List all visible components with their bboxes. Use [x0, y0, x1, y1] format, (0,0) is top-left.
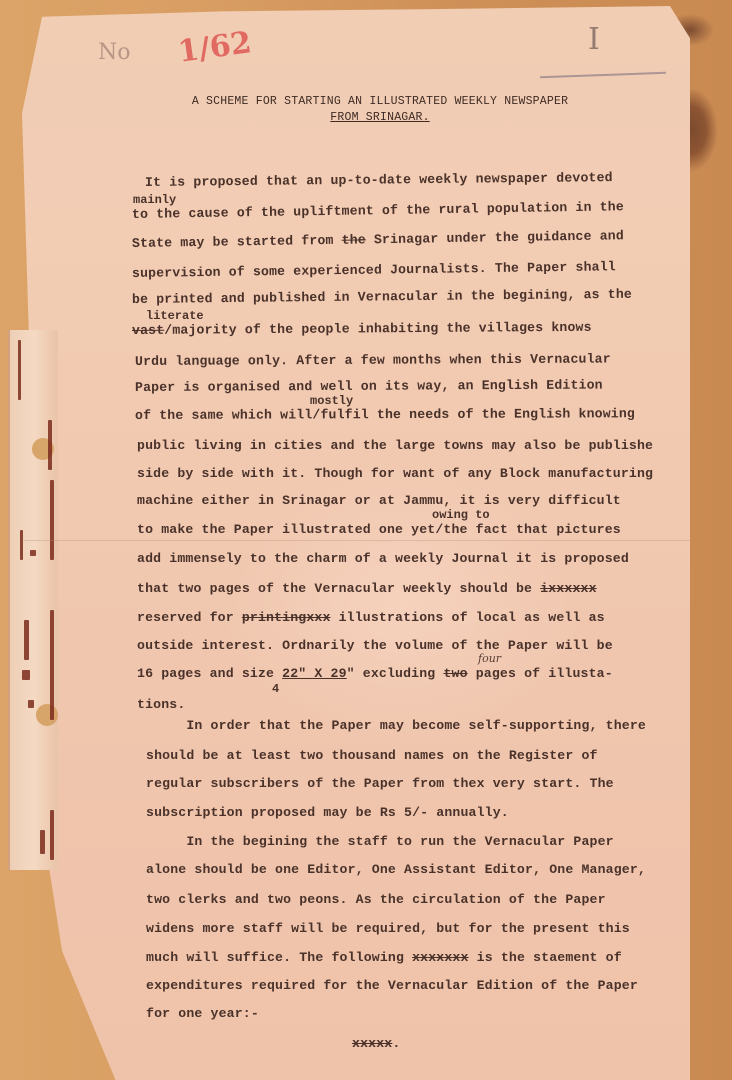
paragraph-3-line: much will suffice. The following xxxxxxx…	[146, 950, 622, 965]
paragraph-3-line: widens more staff will be required, but …	[146, 921, 630, 936]
text-line: It is proposed that an up-to-date weekly…	[145, 170, 613, 190]
paragraph-3-line: alone should be one Editor, One Assistan…	[146, 862, 646, 877]
text-line: Paper is organised and well on its way, …	[135, 378, 603, 395]
text-line: to make the Paper illustrated one yet/th…	[137, 522, 621, 537]
text-line: Urdu language only. After a few months w…	[135, 352, 611, 369]
text-line: outside interest. Ordnarily the volume o…	[137, 638, 613, 653]
text-line: be printed and published in Vernacular i…	[132, 287, 632, 307]
typed-text: A SCHEME FOR STARTING AN ILLUSTRATED WEE…	[0, 0, 732, 1080]
paragraph-3-line: expenditures required for the Vernacular…	[146, 978, 638, 993]
text-line: 16 pages and size 22" X 29" excluding tw…	[137, 666, 613, 681]
text-line: reserved for printingxxx illustrations o…	[137, 610, 605, 625]
struck-text: the	[342, 232, 366, 247]
handwritten-insertion: four	[478, 652, 501, 665]
interlinear-insertion: mainly	[133, 193, 176, 207]
text-line: to the cause of the upliftment of the ru…	[132, 199, 624, 222]
struck-text: xxxxxxx	[412, 950, 468, 965]
footer-mark: xxxxx.	[352, 1036, 400, 1051]
interlinear-insertion: owing to	[432, 508, 490, 522]
paragraph-3-line: In the begining the staff to run the Ver…	[146, 834, 614, 849]
struck-text: ixxxxxx	[540, 581, 596, 596]
struck-text: xxxxx	[352, 1036, 392, 1051]
text-line: tions.	[137, 697, 185, 712]
text-line: supervision of some experienced Journali…	[132, 259, 616, 281]
struck-text: vast	[132, 323, 164, 338]
document-title: A SCHEME FOR STARTING AN ILLUSTRATED WEE…	[140, 94, 620, 126]
text-line: machine either in Srinagar or at Jammu, …	[137, 493, 621, 508]
interlinear-insertion: literate	[146, 309, 204, 323]
paragraph-2-line: In order that the Paper may become self-…	[146, 718, 646, 733]
struck-text: two	[443, 666, 467, 681]
paragraph-2-line: should be at least two thousand names on…	[146, 748, 598, 763]
text-line: of the same which will/fulfil the needs …	[135, 406, 635, 423]
size-denominator: 4	[272, 682, 279, 696]
struck-text: printingxxx	[242, 610, 331, 625]
size-fraction: 22" X 29	[282, 666, 347, 681]
paragraph-2-line: regular subscribers of the Paper from th…	[146, 776, 614, 791]
text-line: side by side with it. Though for want of…	[137, 466, 653, 481]
paragraph-3-line: two clerks and two peons. As the circula…	[146, 892, 606, 907]
paragraph-3-line: for one year:-	[146, 1006, 259, 1021]
interlinear-insertion: mostly	[310, 394, 353, 408]
text-line: public living in cities and the large to…	[137, 438, 653, 453]
text-line: State may be started from the Srinagar u…	[132, 228, 624, 251]
text-line: add immensely to the charm of a weekly J…	[137, 551, 629, 566]
text-line: that two pages of the Vernacular weekly …	[137, 581, 597, 596]
paragraph-2-line: subscription proposed may be Rs 5/- annu…	[146, 805, 509, 820]
